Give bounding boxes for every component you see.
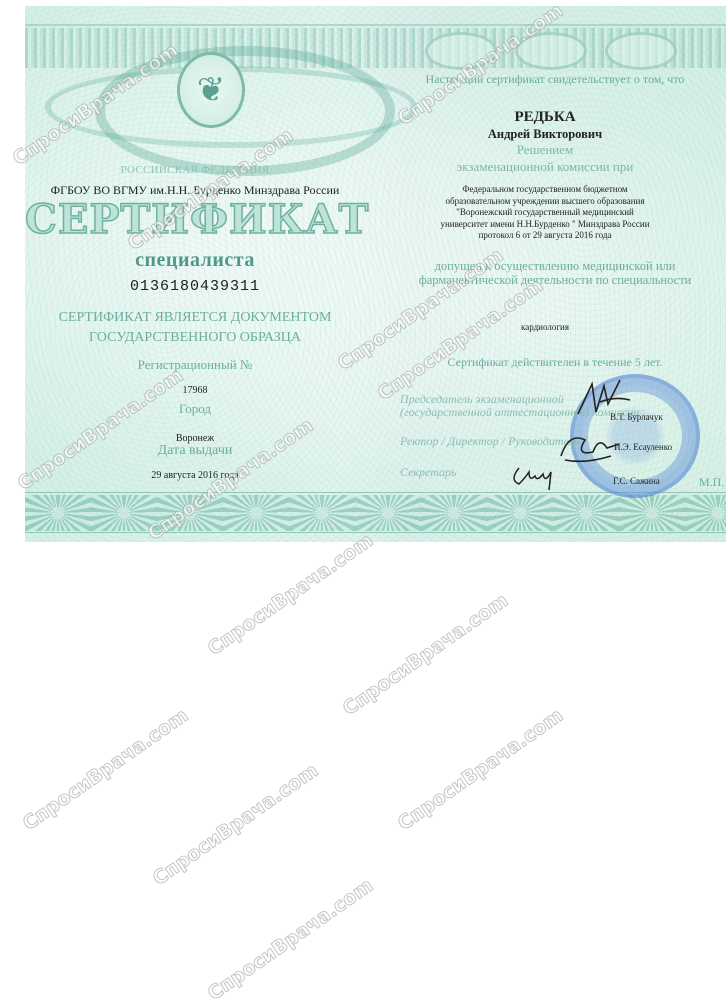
admission-line-2: фармацевтической деятельности по специал… (400, 273, 710, 288)
ornament-knot (605, 32, 677, 70)
issue-date-value: 29 августа 2016 года (25, 470, 365, 481)
validity-statement: Сертификат действителен в течение 5 лет. (400, 355, 710, 370)
registration-label: Регистрационный № (25, 357, 365, 373)
country-label: РОССИЙСКАЯ ФЕДЕРАЦИЯ (25, 164, 365, 176)
watermark-text: СпросиВрача.com (19, 704, 193, 835)
issue-date-label: Дата выдачи (25, 443, 365, 459)
organization-line: Федеральном государственном бюджетном (420, 184, 670, 196)
decision-line-2: экзаменационной комиссии при (415, 159, 675, 175)
rector-name: И.Э. Есауленко (614, 442, 672, 452)
watermark-text: СпросиВрача.com (339, 589, 513, 720)
decision-line-1: Решением (415, 142, 675, 158)
organization-line: образовательном учреждении высшего образ… (420, 196, 670, 208)
certificate-title: СЕРТИФИКАТ (25, 196, 365, 243)
secretary-name: Г.С. Сажина (613, 476, 660, 486)
secretary-signature-icon (505, 458, 565, 494)
watermark-text: СпросиВрача.com (149, 759, 323, 890)
top-border-rule (25, 24, 726, 26)
secretary-label: Секретарь (400, 465, 456, 480)
seal-mark: М.П. (699, 475, 724, 490)
certificate-number: 0136180439311 (25, 278, 365, 295)
holder-intro: Настоящий сертификат свидетельствует о т… (400, 72, 710, 87)
certificate-subtitle: специалиста (25, 249, 365, 272)
certificate-document: ❦ РОССИЙСКАЯ ФЕДЕРАЦИЯ ФГБОУ ВО ВГМУ им.… (25, 6, 726, 542)
city-label: Город (25, 401, 365, 417)
registration-value: 17968 (25, 385, 365, 396)
organization-line: университет имени Н.Н.Бурденко " Минздра… (420, 219, 670, 231)
watermark-text: СпросиВрача.com (204, 529, 378, 660)
organization-block: Федеральном государственном бюджетном об… (420, 184, 670, 242)
organization-line: протокол 6 от 29 августа 2016 года (420, 230, 670, 242)
state-document-line-1: СЕРТИФИКАТ ЯВЛЯЕТСЯ ДОКУМЕНТОМ (25, 310, 365, 326)
ornament-knot (425, 32, 497, 70)
specialty-value: кардиология (415, 322, 675, 332)
holder-surname: РЕДЬКА (415, 109, 675, 126)
state-document-line-2: ГОСУДАРСТВЕННОГО ОБРАЗЦА (25, 330, 365, 346)
watermark-text: СпросиВрача.com (394, 704, 568, 835)
bottom-border-rule (25, 532, 726, 533)
chair-name: В.Т. Бурлачук (610, 412, 663, 422)
admission-line-1: допущен к осуществлению медицинской или (400, 259, 710, 274)
holder-given-names: Андрей Викторович (415, 127, 675, 142)
ornament-knot (515, 32, 587, 70)
rector-label: Ректор / Директор / Руководитель (400, 434, 579, 449)
organization-line: "Воронежский государственный медицинский (420, 207, 670, 219)
top-ornament-band (25, 28, 726, 68)
coat-of-arms-eagle-icon: ❦ (177, 52, 245, 128)
bottom-ornament-band (25, 495, 726, 531)
watermark-text: СпросиВрача.com (204, 874, 378, 1000)
